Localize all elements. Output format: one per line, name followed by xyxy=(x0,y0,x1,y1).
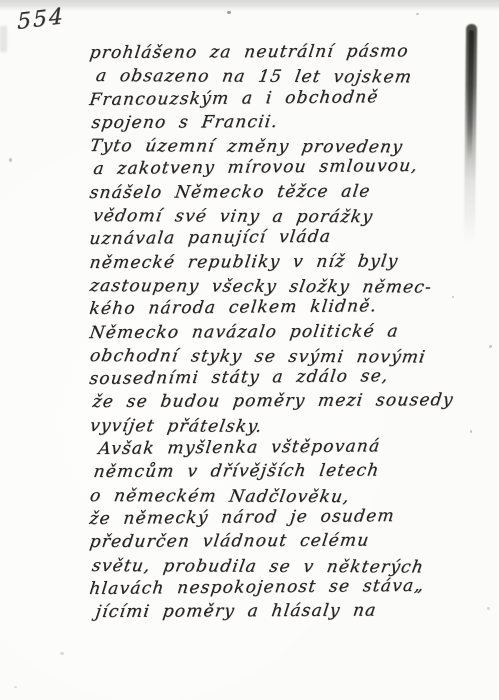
scan-left-smear-artifact xyxy=(0,26,7,52)
manuscript-line: jícími poměry a hlásaly na xyxy=(94,599,491,624)
manuscript-line: Německo navázalo politické a xyxy=(88,319,491,344)
manuscript-line: německé republiky v níž byly xyxy=(88,250,491,275)
manuscript-line: sousedními státy a zdálo se, xyxy=(88,364,491,391)
manuscript-line: snášelo Německo těžce ale xyxy=(88,180,491,205)
manuscript-line: že se budou poměry mezi sousedy xyxy=(91,389,491,414)
scan-speck xyxy=(9,158,12,162)
scan-speck xyxy=(14,686,17,688)
manuscript-line: hlavách nespokojenost se stáva„ xyxy=(88,574,491,601)
scan-speck xyxy=(487,607,490,610)
scanned-manuscript-page: 554 prohlášeno za neutrální pásmoa obsaz… xyxy=(0,0,499,700)
scan-top-edge-artifact xyxy=(0,0,499,11)
manuscript-lines: prohlášeno za neutrální pásmoa obsazeno … xyxy=(88,42,488,624)
manuscript-line: Avšak myšlenka vštěpovaná xyxy=(97,434,491,461)
manuscript-line: předurčen vládnout celému xyxy=(88,529,491,554)
manuscript-line: uznávala panující vláda xyxy=(88,225,491,252)
scan-speck xyxy=(452,296,454,298)
manuscript-line: a zakotveny mírovou smlouvou, xyxy=(92,155,491,182)
manuscript-line: že německý národ je osudem xyxy=(88,504,491,531)
manuscript-line: spojeno s Francii. xyxy=(90,110,491,135)
manuscript-line: kého národa celkem klidně. xyxy=(88,294,491,321)
manuscript-line: Francouzským a i obchodně xyxy=(88,85,491,112)
scan-speck xyxy=(470,430,472,433)
scan-speck xyxy=(489,345,492,348)
page-number: 554 xyxy=(17,4,65,35)
scan-speck xyxy=(227,11,231,14)
scan-speck xyxy=(416,13,419,15)
manuscript-line: prohlášeno za neutrální pásmo xyxy=(88,40,491,65)
scan-speck xyxy=(60,652,64,655)
manuscript-line: němcům v dřívějších letech xyxy=(92,459,491,484)
